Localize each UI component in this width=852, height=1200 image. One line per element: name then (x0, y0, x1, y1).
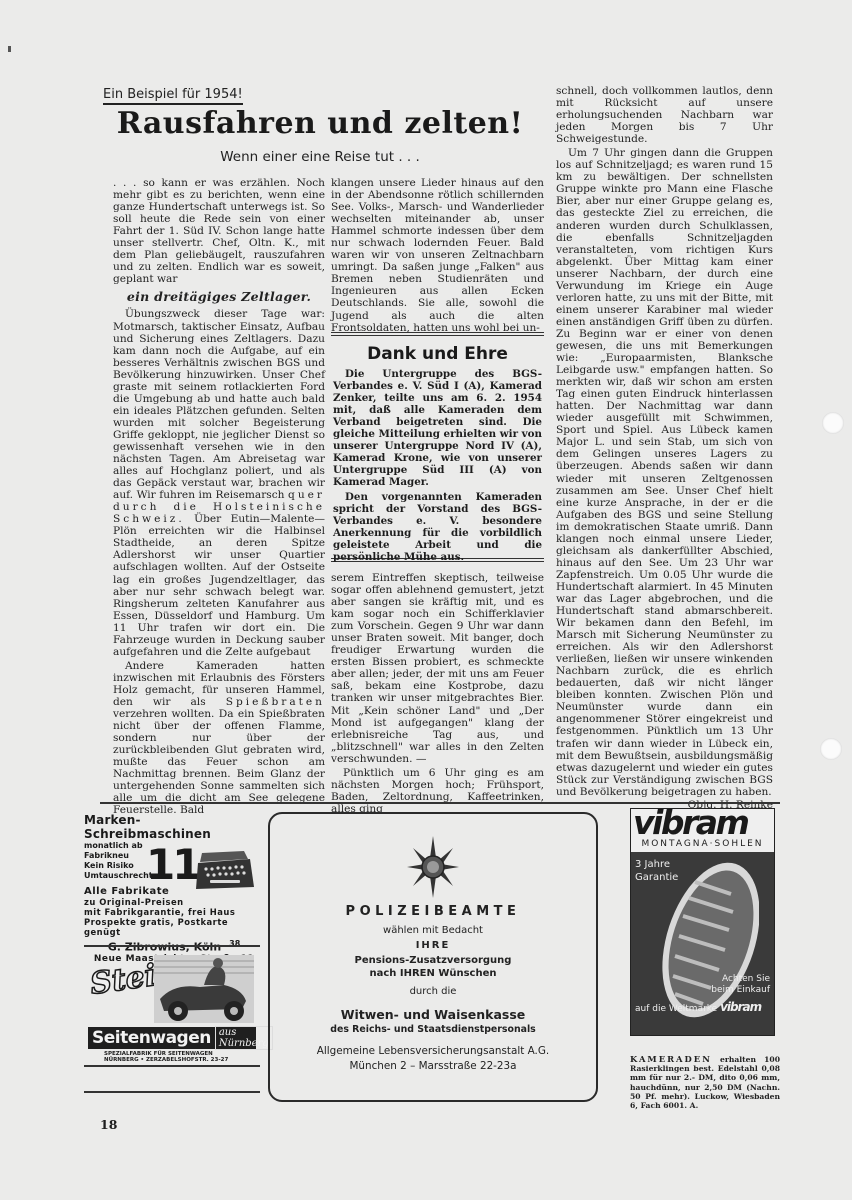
ad-typewriters: Marken-Schreibmaschinen monatlich ab Fab… (84, 813, 264, 964)
paragraph-text: Übungszweck dieser Tage war: Motmarsch, … (113, 308, 325, 501)
ad-text: 3 Jahre (635, 858, 678, 871)
article-column-1: . . . so kann er was erzählen. Noch mehr… (113, 177, 325, 816)
punch-hole (820, 738, 842, 760)
ad-dark-panel: 3 JahreGarantie Achten Siebeim Einkauf a… (631, 852, 774, 1035)
ad-vibram: vibram MONTAGNA·SOHLEN 3 JahreGarantie A… (630, 808, 775, 1036)
paragraph: Pünktlich um 6 Uhr ging es am nächsten M… (331, 767, 544, 815)
vibram-logo: vibram (633, 808, 747, 842)
ad-product: Seitenwagen (88, 1028, 211, 1048)
ad-text: Allgemeine Lebensversicherungsanstalt A.… (270, 1045, 596, 1057)
divider (84, 1091, 260, 1093)
article-column-2-top: klangen unsere Lieder hinaus auf den in … (331, 177, 544, 334)
ad-text: Garantie (635, 871, 678, 884)
vibram-logo-small: vibram (720, 1000, 761, 1014)
paragraph: schnell, doch vollkommen lautlos, denn m… (556, 85, 773, 145)
ad-text: beim Einkauf (711, 985, 770, 996)
ad-text: nach IHREN Wünschen (270, 968, 596, 979)
article-subtitle: Wenn einer eine Reise tut . . . (90, 149, 550, 165)
ad-subtitle: MONTAGNA·SOHLEN (631, 839, 774, 849)
divider (100, 802, 780, 804)
paragraph: Übungszweck dieser Tage war: Motmarsch, … (113, 308, 325, 657)
paragraph-text: Über Eutin—Malente—Plön erreichten wir d… (113, 513, 325, 658)
scanned-page: Ein Beispiel für 1954! Rausfahren und ze… (0, 0, 852, 1200)
boot-sole-icon (653, 860, 759, 1022)
punch-hole (822, 412, 844, 434)
ad-text: durch die (270, 986, 596, 997)
paragraph: klangen unsere Lieder hinaus auf den in … (331, 177, 544, 334)
ad-text: erhalten 100 Rasierklingen best. Edelsta… (630, 1055, 780, 1110)
paragraph: . . . so kann er was erzählen. Noch mehr… (113, 177, 325, 285)
police-star-icon (407, 836, 459, 898)
ad-lead: KAMERADEN (630, 1054, 712, 1064)
notice-title: Dank und Ehre (331, 344, 544, 364)
ad-text: IHRE (270, 940, 596, 951)
ad-steib-sidecar: Steib Seitenwagen aus Nürnberg SPEZIALFA… (84, 945, 260, 1067)
ad-text: Prospekte gratis, Postkarte genügt (84, 917, 264, 937)
article-column-3: schnell, doch vollkommen lautlos, denn m… (556, 85, 773, 811)
notice-paragraph: Den vorgenannten Kameraden spricht der V… (333, 491, 542, 563)
paragraph: Um 7 Uhr gingen dann die Gruppen los auf… (556, 147, 773, 798)
ad-text: wählen mit Bedacht (270, 925, 596, 936)
ad-headline: Marken-Schreibmaschinen (84, 813, 264, 841)
scan-mark (8, 46, 11, 52)
ad-pension-insurance: POLIZEIBEAMTE wählen mit Bedacht IHRE Pe… (268, 812, 598, 1102)
ad-banner: Seitenwagen aus Nürnberg (88, 1027, 256, 1049)
motorcycle-sidecar-icon (154, 955, 254, 1023)
ad-origin: aus Nürnberg (215, 1026, 273, 1050)
article-column-2-bottom: serem Eintreffen skeptisch, teilweise so… (331, 572, 544, 815)
page-number: 18 (100, 1117, 117, 1132)
article-kicker: Ein Beispiel für 1954! (103, 87, 243, 105)
ad-text: NÜRNBERG • ZERZABELSHOFSTR. 23-27 (104, 1057, 228, 1063)
ad-razor-blades: KAMERADEN erhalten 100 Rasierklingen bes… (630, 1055, 780, 1110)
notice-box: Dank und Ehre Die Untergruppe des BGS-Ve… (331, 332, 544, 562)
article-title: Rausfahren und zelten! (90, 106, 550, 141)
ad-headline: POLIZEIBEAMTE (270, 904, 596, 919)
article-subheading: ein dreitägiges Zeltlager. (113, 291, 325, 303)
spaced-emphasis: Spießbraten (226, 696, 325, 708)
typewriter-icon (192, 849, 258, 893)
paragraph: serem Eintreffen skeptisch, teilweise so… (331, 572, 544, 765)
ad-text: des Reichs- und Staatsdienstpersonals (270, 1024, 596, 1035)
ad-text: Pensions-Zusatzversorgung (270, 955, 596, 966)
paragraph-text: verzehren wollten. Da ein Spießbraten ni… (113, 708, 325, 816)
ad-company: Witwen- und Waisenkasse (270, 1007, 596, 1022)
paragraph: Andere Kameraden hatten inzwischen mit E… (113, 660, 325, 817)
ad-text: auf die Weltmarke (635, 1004, 717, 1014)
ad-address: München 2 – Marsstraße 22-23a (270, 1060, 596, 1072)
ad-text: Achten Sie (711, 974, 770, 985)
notice-paragraph: Die Untergruppe des BGS-Verbandes e. V. … (333, 368, 542, 488)
